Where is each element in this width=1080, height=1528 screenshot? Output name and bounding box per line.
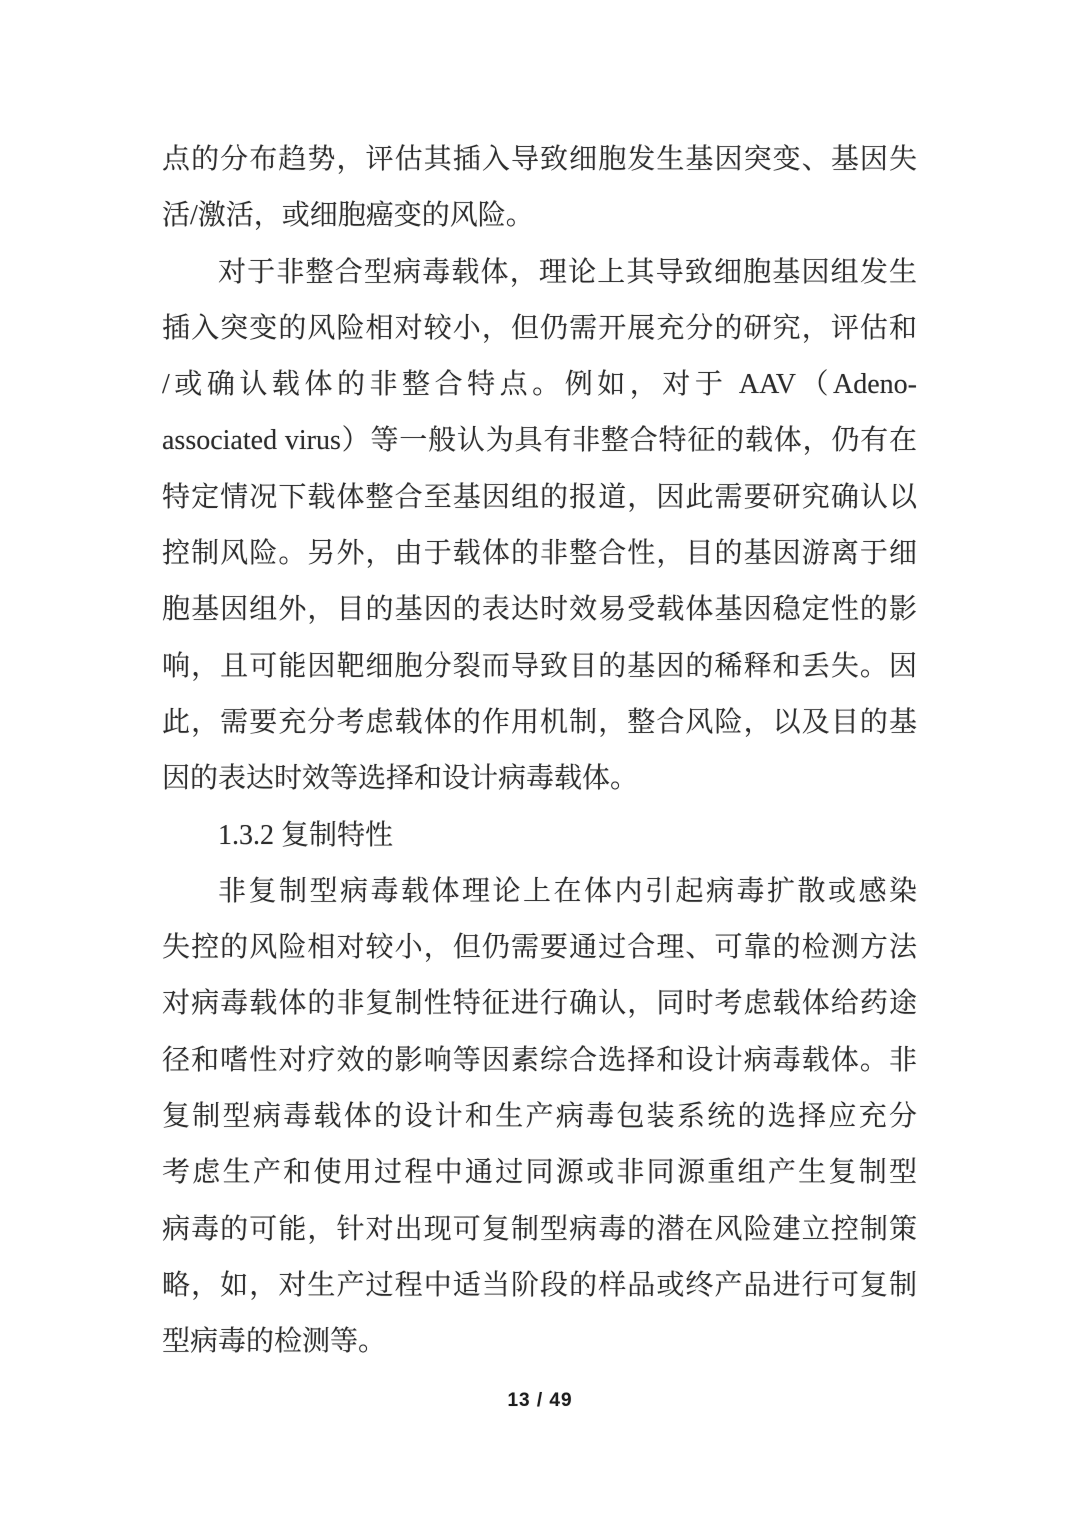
body-line: 点的分布趋势，评估其插入导致细胞发生基因突变、基因失 (162, 132, 917, 188)
body-line: 此，需要充分考虑载体的作用机制，整合风险，以及目的基 (162, 695, 917, 751)
body-line: 插入突变的风险相对较小，但仍需开展充分的研究，评估和 (162, 301, 917, 357)
body-line: 失控的风险相对较小，但仍需要通过合理、可靠的检测方法 (162, 920, 917, 976)
body-line: 控制风险。另外，由于载体的非整合性，目的基因游离于细 (162, 526, 917, 582)
page-footer: 13 / 49 (0, 1390, 1080, 1412)
body-line: 非复制型病毒载体理论上在体内引起病毒扩散或感染 (162, 864, 917, 920)
body-line: associated virus）等一般认为具有非整合特征的载体，仍有在 (162, 413, 917, 469)
body-line: 因的表达时效等选择和设计病毒载体。 (162, 751, 917, 807)
body-line: 病毒的可能，针对出现可复制型病毒的潜在风险建立控制策 (162, 1202, 917, 1258)
body-line: 胞基因组外，目的基因的表达时效易受载体基因稳定性的影 (162, 582, 917, 638)
body-line: /或确认载体的非整合特点。例如，对于 AAV（Adeno- (162, 357, 917, 413)
text-block: 点的分布趋势，评估其插入导致细胞发生基因突变、基因失 活/激活，或细胞癌变的风险… (162, 132, 917, 1371)
document-page: 点的分布趋势，评估其插入导致细胞发生基因突变、基因失 活/激活，或细胞癌变的风险… (0, 0, 1080, 1528)
body-line: 对病毒载体的非复制性特征进行确认，同时考虑载体给药途 (162, 976, 917, 1032)
body-line: 略，如，对生产过程中适当阶段的样品或终产品进行可复制 (162, 1258, 917, 1314)
body-line: 响，且可能因靶细胞分裂而导致目的基因的稀释和丢失。因 (162, 639, 917, 695)
body-line: 考虑生产和使用过程中通过同源或非同源重组产生复制型 (162, 1145, 917, 1201)
body-line: 复制型病毒载体的设计和生产病毒包装系统的选择应充分 (162, 1089, 917, 1145)
body-line: 活/激活，或细胞癌变的风险。 (162, 188, 917, 244)
body-line: 对于非整合型病毒载体，理论上其导致细胞基因组发生 (162, 245, 917, 301)
body-line: 特定情况下载体整合至基因组的报道，因此需要研究确认以 (162, 470, 917, 526)
page-number: 13 / 49 (507, 1390, 572, 1411)
body-line: 径和嗜性对疗效的影响等因素综合选择和设计病毒载体。非 (162, 1033, 917, 1089)
section-heading: 1.3.2 复制特性 (162, 808, 917, 864)
body-line: 型病毒的检测等。 (162, 1314, 917, 1370)
